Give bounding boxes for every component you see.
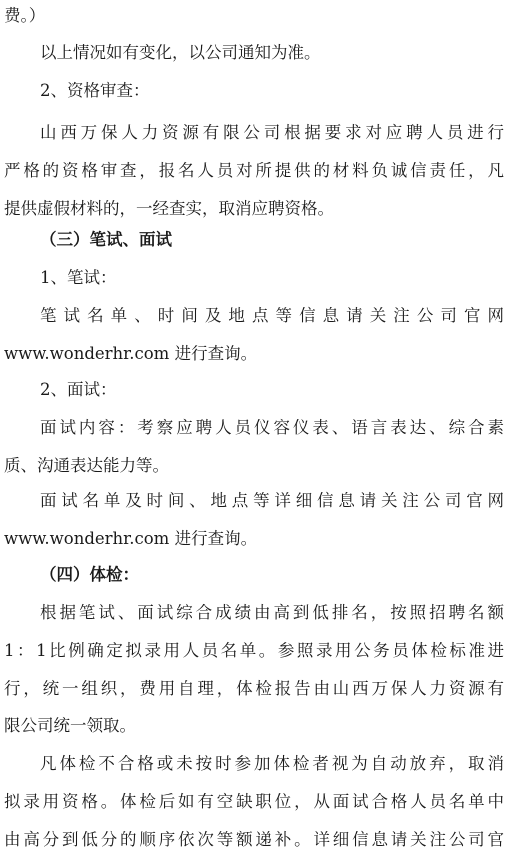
paragraph-disqualification-line-2: 拟录用资格。体检后如有空缺职位，从面试合格人员名单中 [4, 790, 504, 814]
paragraph-qualification-line-1: 山西万保人力资源有限公司根据要求对应聘人员进行 [40, 121, 504, 145]
paragraph-written-exam-line-1: 笔试名单、时间及地点等信息请关注公司官网 [40, 304, 504, 328]
paragraph-physical-exam-line-3: 行，统一组织，费用自理，体检报告由山西万保人力资源有 [4, 677, 504, 701]
paragraph-interview-list-line-2: www.wonderhr.com 进行查询。 [4, 527, 504, 551]
paragraph-physical-exam-line-2: 1：1比例确定拟录用人员名单。参照录用公务员体检标准进 [4, 639, 504, 663]
paragraph-qualification-line-3: 提供虚假材料的，一经查实，取消应聘资格。 [4, 197, 504, 221]
paragraph-physical-exam-line-4: 限公司统一领取。 [4, 714, 504, 738]
paragraph-physical-exam-line-1: 根据笔试、面试综合成绩由高到低排名，按照招聘名额 [40, 601, 504, 625]
paragraph-written-exam-line-2: www.wonderhr.com 进行查询。 [4, 342, 504, 366]
paragraph-qualification-line-2: 严格的资格审查，报名人员对所提供的材料负诚信责任，凡 [4, 159, 504, 183]
paragraph-interview-content-line-2: 质、沟通表达能力等。 [4, 454, 504, 478]
text-line-continuation: 费。） [4, 4, 504, 28]
section-heading-exam-interview: （三）笔试、面试 [40, 228, 504, 252]
paragraph-interview-list-line-1: 面试名单及时间、地点等详细信息请关注公司官网 [40, 489, 504, 513]
subheading-interview: 2、面试： [40, 378, 504, 402]
section-heading-physical-exam: （四）体检： [40, 563, 504, 587]
paragraph-disqualification-line-1: 凡体检不合格或未按时参加体检者视为自动放弃，取消 [40, 752, 504, 776]
subheading-written-exam: 1、笔试： [40, 266, 504, 290]
text-line-notice: 以上情况如有变化，以公司通知为准。 [40, 41, 504, 65]
subheading-qualification-review: 2、资格审查： [40, 79, 504, 103]
paragraph-interview-content-line-1: 面试内容：考察应聘人员仪容仪表、语言表达、综合素 [40, 416, 504, 440]
paragraph-disqualification-line-3: 由高分到低分的顺序依次等额递补。详细信息请关注公司官 [4, 828, 504, 851]
